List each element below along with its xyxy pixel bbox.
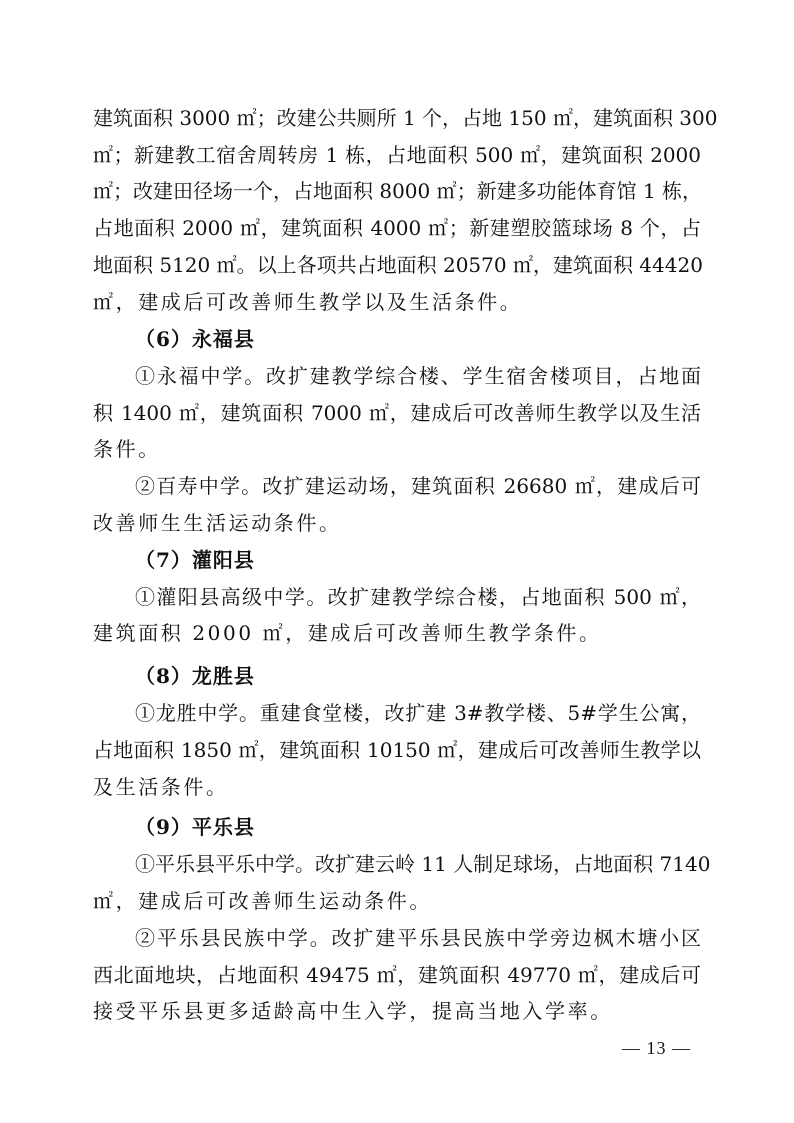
- body-text-line: ②平乐县民族中学。改扩建平乐县民族中学旁边枫木塘小区: [135, 923, 701, 953]
- section-heading-longsheng: （8）龙胜县: [135, 661, 255, 691]
- body-text-line: 建筑面积 3000 ㎡；改建公共厕所 1 个，占地 150 ㎡，建筑面积 300: [93, 103, 701, 133]
- section-heading-yongfu: （6）永福县: [135, 324, 255, 354]
- body-text-line: 建筑面积 2000 ㎡，建成后可改善师生教学条件。: [93, 618, 701, 648]
- body-text-line: ①永福中学。改扩建教学综合楼、学生宿舍楼项目，占地面: [135, 361, 701, 391]
- body-text-line: 积 1400 ㎡，建筑面积 7000 ㎡，建成后可改善师生教学以及生活: [93, 398, 701, 428]
- body-text-line: 地面积 5120 ㎡。以上各项共占地面积 20570 ㎡，建筑面积 44420: [93, 250, 701, 280]
- section-heading-pingle: （9）平乐县: [135, 812, 255, 842]
- body-text-line: ②百寿中学。改扩建运动场，建筑面积 26680 ㎡，建成后可: [135, 471, 701, 501]
- body-text-line: ㎡，建成后可改善师生运动条件。: [93, 886, 701, 916]
- body-text-line: ㎡；新建教工宿舍周转房 1 栋，占地面积 500 ㎡，建筑面积 2000: [93, 140, 701, 170]
- body-text-line: 占地面积 1850 ㎡，建筑面积 10150 ㎡，建成后可改善师生教学以: [93, 735, 701, 765]
- body-text-line: 占地面积 2000 ㎡，建筑面积 4000 ㎡；新建塑胶篮球场 8 个，占: [93, 213, 701, 243]
- body-text-line: ①灌阳县高级中学。改扩建教学综合楼，占地面积 500 ㎡，: [135, 582, 701, 612]
- body-text-line: ㎡，建成后可改善师生教学以及生活条件。: [93, 287, 701, 317]
- body-text-line: ①平乐县平乐中学。改扩建云岭 11 人制足球场，占地面积 7140: [135, 849, 701, 879]
- body-text-line: 接受平乐县更多适龄高中生入学，提高当地入学率。: [93, 996, 701, 1026]
- body-text-line: 及生活条件。: [93, 772, 701, 802]
- body-text-line: 条件。: [93, 434, 701, 464]
- section-heading-guanyang: （7）灌阳县: [135, 545, 255, 575]
- page-number: — 13 —: [622, 1035, 691, 1061]
- body-text-line: 西北面地块，占地面积 49475 ㎡，建筑面积 49770 ㎡，建成后可: [93, 960, 701, 990]
- body-text-line: ①龙胜中学。重建食堂楼，改扩建 3#教学楼、5#学生公寓，: [135, 698, 701, 728]
- body-text-line: 改善师生生活运动条件。: [93, 508, 701, 538]
- body-text-line: ㎡；改建田径场一个，占地面积 8000 ㎡；新建多功能体育馆 1 栋，: [93, 176, 701, 206]
- document-page: 建筑面积 3000 ㎡；改建公共厕所 1 个，占地 150 ㎡，建筑面积 300…: [0, 0, 794, 1123]
